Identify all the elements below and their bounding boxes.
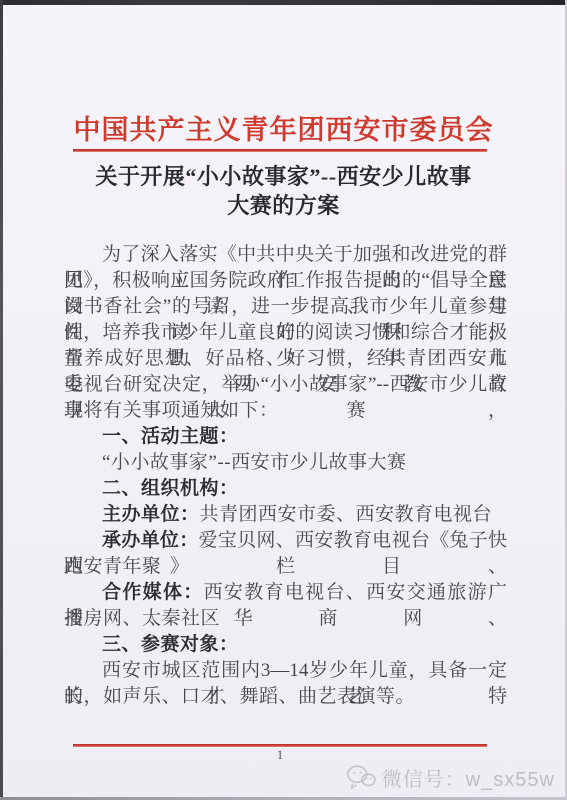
doc-title-line1: 关于开展“小小故事家”--西安少儿故事: [40, 162, 527, 191]
document-body: 为了深入落实《中共中央关于加强和改进党的群团工作的意见》，积极响应国务院政府工作…: [64, 242, 507, 710]
scan-edge-left: [0, 0, 3, 800]
org-title: 中国共产主义青年团西安市委员会: [30, 108, 537, 147]
document-line: 一、活动主题：: [64, 424, 507, 450]
doc-title: 关于开展“小小故事家”--西安少儿故事 大赛的方案: [40, 162, 527, 220]
document-line: 为了深入落实《中共中央关于加强和改进党的群团工作的意: [64, 242, 507, 268]
document-line: 见》，积极响应国务院政府工作报告提出的“倡导全民阅读、建: [64, 268, 507, 294]
header-separator-line: [73, 149, 487, 152]
document-line: 三、参赛对象：: [64, 632, 507, 658]
document-line: 设书香社会”的号召，进一步提高我市少年儿童参与阅读的积极: [64, 294, 507, 320]
doc-title-line2: 大赛的方案: [40, 191, 527, 220]
document-line: 性，培养我市少年儿童良好的阅读习惯和综合才能，帮助少年儿: [64, 320, 507, 346]
scan-edge-top: [0, 0, 567, 5]
document-line: 西安市城区范围内3—14岁少年儿童，具备一定的才艺特: [64, 658, 507, 684]
document-line: 电视台研究决定，举办“小小故事家”--西安市少儿故事大赛，: [64, 372, 507, 398]
document-line: 主办单位：共青团西安市委、西安教育电视台: [64, 502, 507, 528]
watermark-text: 微信号：w_sx55w: [382, 763, 555, 792]
document-line: 童养成好思想、好品格、好习惯，经共青团西安市委、西安教育: [64, 346, 507, 372]
document-line: 承办单位：爱宝贝网、西安教育电视台《兔子快跑》栏目、: [64, 528, 507, 554]
wechat-icon: [346, 763, 376, 791]
document-line: 合作媒体：西安教育电视台、西安交通旅游广播、华商网、: [64, 580, 507, 606]
watermark: 微信号：w_sx55w: [346, 760, 555, 794]
document-line: “小小故事家”--西安市少儿故事大赛: [64, 450, 507, 476]
document-line: 二、组织机构：: [64, 476, 507, 502]
